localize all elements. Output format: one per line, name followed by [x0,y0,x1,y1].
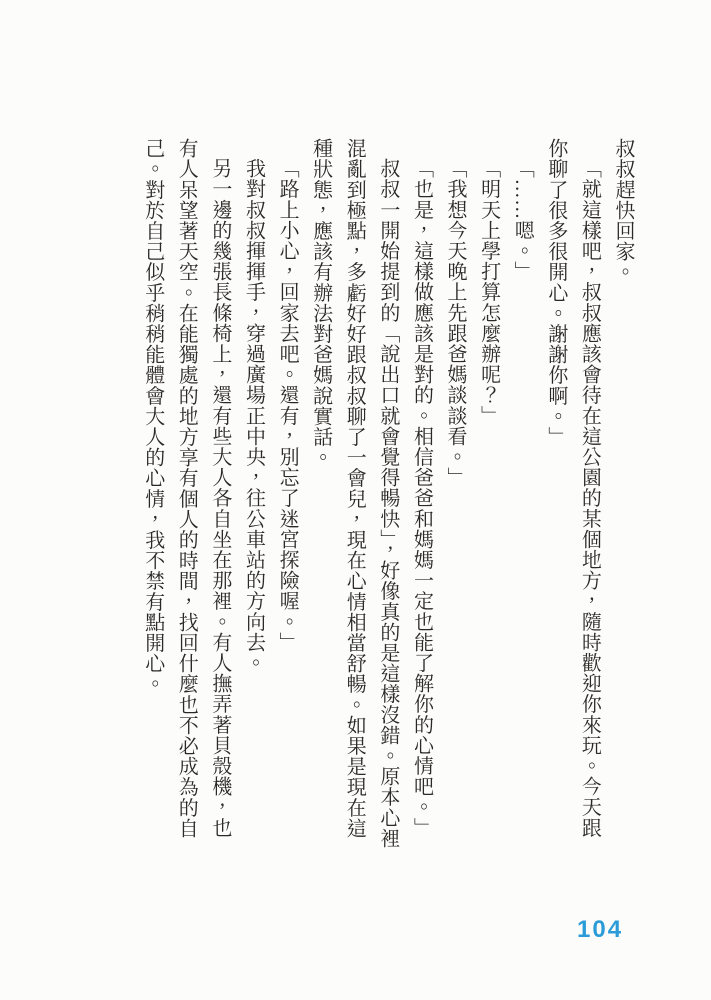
paragraph: 「路上小心，回家去吧。還有，別忘了迷宮探險喔。」 [269,138,303,852]
paragraph: 「明天上學打算怎麼辦呢？」 [471,138,505,852]
paragraph: 「也是，這樣做應該是對的。相信爸爸和媽媽一定也能了解你的心情吧。」 [404,138,438,852]
vertical-text-block: 叔叔趕快回家。「就這樣吧，叔叔應該會待在這公園的某個地方，隨時歡迎你來玩。今天跟… [135,138,639,852]
book-page: 叔叔趕快回家。「就這樣吧，叔叔應該會待在這公園的某個地方，隨時歡迎你來玩。今天跟… [0,0,711,1000]
page-number: 104 [577,916,623,944]
paragraph: 「我想今天晚上先跟爸媽談談看。」 [437,138,471,852]
paragraph: 「就這樣吧，叔叔應該會待在這公園的某個地方，隨時歡迎你來玩。今天跟你聊了很多很開… [538,138,605,852]
paragraph: 我對叔叔揮揮手，穿過廣場正中央，往公車站的方向去。 [236,138,270,852]
paragraph: 叔叔一開始提到的「說出口就會覺得暢快」，好像真的是這樣沒錯。原本心裡混亂到極點，… [303,138,404,852]
paragraph: 另一邊的幾張長條椅上，還有些大人各自坐在那裡。有人撫弄著貝殼機，也有人呆望著天空… [135,138,236,852]
paragraph: 叔叔趕快回家。 [605,138,639,852]
paragraph: 「……嗯。」 [505,138,539,852]
